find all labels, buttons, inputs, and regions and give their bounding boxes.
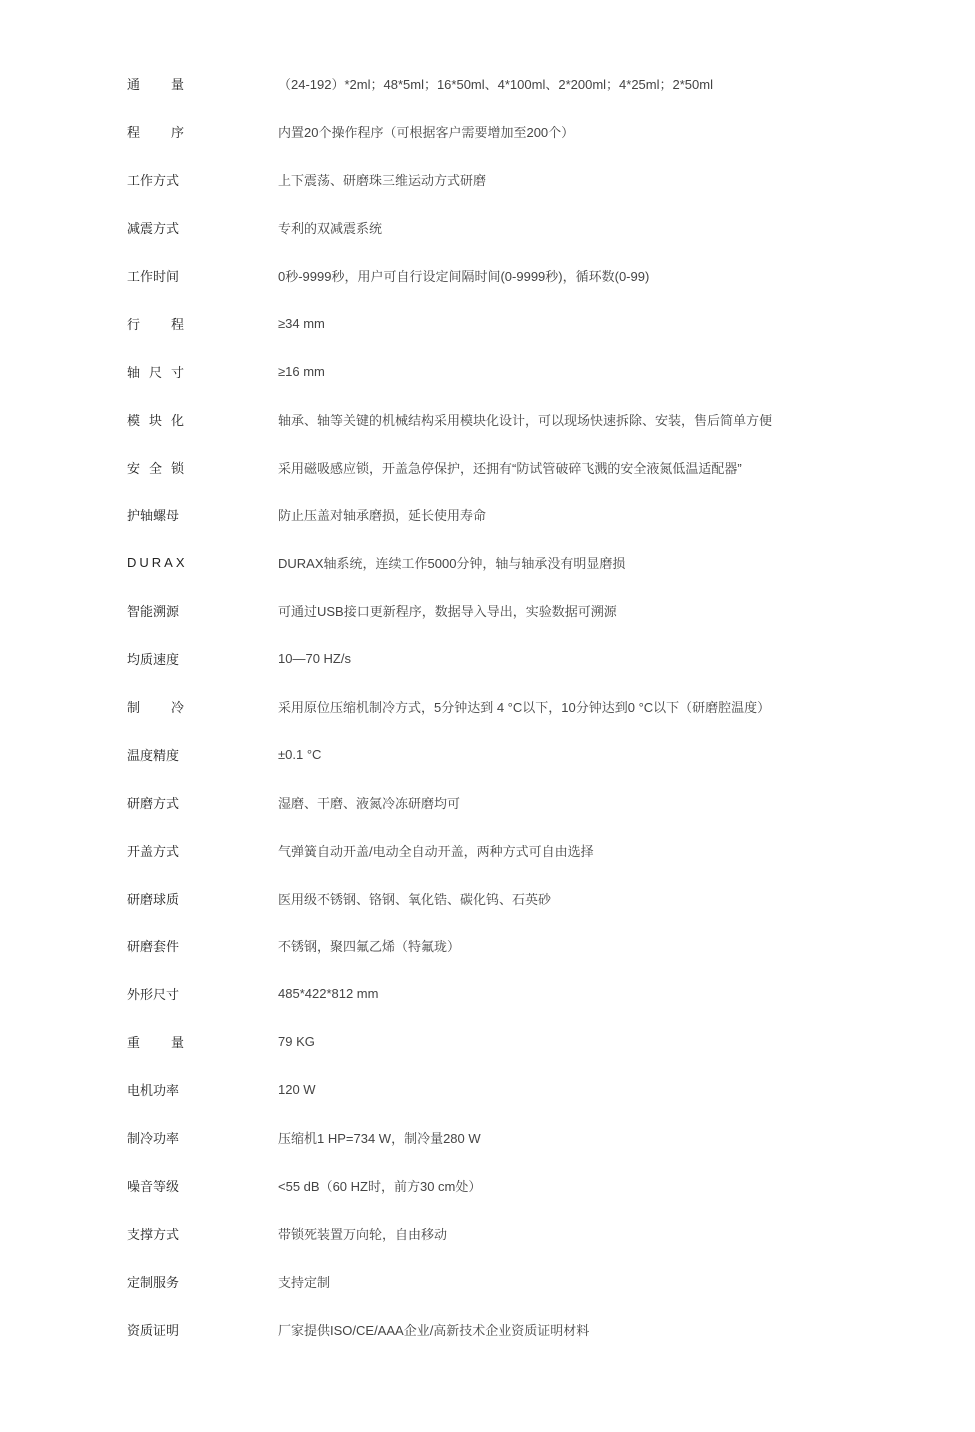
spec-label-part: 行 <box>127 314 140 333</box>
spec-row: 安全锁采用磁吸感应锁，开盖急停保护，还拥有“防试管破碎飞溅的安全液氮低温适配器” <box>127 443 847 491</box>
spec-row: 外形尺寸485*422*812 mm <box>127 970 847 1018</box>
spec-label-part: 程 <box>171 314 184 333</box>
spec-label: 研磨套件 <box>127 936 278 955</box>
spec-label: 行程 <box>127 314 278 333</box>
spec-value: 带锁死装置万向轮，自由移动 <box>278 1224 447 1243</box>
spec-label-part: 全 <box>149 458 162 477</box>
spec-label-part: 锁 <box>171 458 184 477</box>
spec-row: 研磨球质医用级不锈钢、铬钢、氧化锆、碳化钨、石英砂 <box>127 874 847 922</box>
spec-value: 120 W <box>278 1082 316 1097</box>
spec-label: 轴尺寸 <box>127 362 278 381</box>
spec-label-part: 制 <box>127 697 140 716</box>
spec-row: 工作方式上下震荡、研磨珠三维运动方式研磨 <box>127 156 847 204</box>
spec-label: 电机功率 <box>127 1080 278 1099</box>
spec-value: ±0.1 °C <box>278 747 321 762</box>
spec-label-part: 量 <box>171 1032 184 1051</box>
spec-label: DURAX <box>127 555 278 570</box>
spec-label: 通量 <box>127 74 278 93</box>
spec-row: 模块化轴承、轴等关键的机械结构采用模块化设计，可以现场快速拆除、安装，售后简单方… <box>127 395 847 443</box>
spec-label: 护轴螺母 <box>127 505 278 524</box>
spec-value: 支持定制 <box>278 1272 330 1291</box>
spec-label: 制冷功率 <box>127 1128 278 1147</box>
spec-label: 减震方式 <box>127 218 278 237</box>
spec-label-part: 模 <box>127 410 140 429</box>
spec-value: ≥34 mm <box>278 316 325 331</box>
spec-label-part: 程 <box>127 122 140 141</box>
spec-label: 工作时间 <box>127 266 278 285</box>
spec-row: 支撑方式带锁死装置万向轮，自由移动 <box>127 1209 847 1257</box>
spec-row: 行程≥34 mm <box>127 299 847 347</box>
spec-value: 可通过USB接口更新程序，数据导入导出，实验数据可溯源 <box>278 601 617 620</box>
spec-row: 研磨方式湿磨、干磨、液氮冷冻研磨均可 <box>127 778 847 826</box>
spec-value: 10—70 HZ/s <box>278 651 351 666</box>
spec-label: 研磨球质 <box>127 889 278 908</box>
spec-value: 采用原位压缩机制冷方式，5分钟达到 4 °C以下，10分钟达到0 °C以下（研磨… <box>278 697 770 716</box>
spec-row: 护轴螺母防止压盖对轴承磨损，延长使用寿命 <box>127 491 847 539</box>
spec-value: ≥16 mm <box>278 364 325 379</box>
spec-row: 研磨套件不锈钢，聚四氟乙烯（特氟珑） <box>127 922 847 970</box>
spec-label: 研磨方式 <box>127 793 278 812</box>
spec-label-part: 块 <box>149 410 162 429</box>
spec-value: （24-192）*2ml；48*5ml；16*50ml、4*100ml、2*20… <box>278 74 713 93</box>
spec-value: 485*422*812 mm <box>278 986 378 1001</box>
spec-row: 开盖方式气弹簧自动开盖/电动全自动开盖，两种方式可自由选择 <box>127 826 847 874</box>
spec-label: 安全锁 <box>127 458 278 477</box>
spec-label-part: 通 <box>127 74 140 93</box>
spec-row: 智能溯源可通过USB接口更新程序，数据导入导出，实验数据可溯源 <box>127 587 847 635</box>
spec-label: 开盖方式 <box>127 841 278 860</box>
spec-row: 噪音等级<55 dB（60 HZ时，前方30 cm处） <box>127 1161 847 1209</box>
spec-label: 资质证明 <box>127 1320 278 1339</box>
spec-row: 减震方式专利的双减震系统 <box>127 204 847 252</box>
spec-value: 医用级不锈钢、铬钢、氧化锆、碳化钨、石英砂 <box>278 889 551 908</box>
spec-row: 电机功率120 W <box>127 1066 847 1114</box>
spec-value: 采用磁吸感应锁，开盖急停保护，还拥有“防试管破碎飞溅的安全液氮低温适配器” <box>278 458 742 477</box>
spec-label: 工作方式 <box>127 170 278 189</box>
spec-value: <55 dB（60 HZ时，前方30 cm处） <box>278 1176 481 1195</box>
spec-label: 外形尺寸 <box>127 984 278 1003</box>
spec-row: 均质速度10—70 HZ/s <box>127 635 847 683</box>
spec-row: 工作时间0秒-9999秒，用户可自行设定间隔时间(0-9999秒)，循环数(0-… <box>127 252 847 300</box>
spec-label-part: 轴 <box>127 362 140 381</box>
spec-value: 防止压盖对轴承磨损，延长使用寿命 <box>278 505 486 524</box>
spec-label-part: 量 <box>171 74 184 93</box>
spec-label-part: 尺 <box>149 362 162 381</box>
spec-value: 不锈钢，聚四氟乙烯（特氟珑） <box>278 936 460 955</box>
spec-row: 资质证明厂家提供ISO/CE/AAA企业/高新技术企业资质证明材料 <box>127 1305 847 1353</box>
spec-value: DURAX轴系统，连续工作5000分钟，轴与轴承没有明显磨损 <box>278 553 625 572</box>
spec-row: DURAXDURAX轴系统，连续工作5000分钟，轴与轴承没有明显磨损 <box>127 539 847 587</box>
spec-value: 轴承、轴等关键的机械结构采用模块化设计，可以现场快速拆除、安装，售后简单方便 <box>278 410 772 429</box>
spec-value: 湿磨、干磨、液氮冷冻研磨均可 <box>278 793 460 812</box>
spec-row: 制冷功率压缩机1 HP=734 W，制冷量280 W <box>127 1114 847 1162</box>
spec-value: 厂家提供ISO/CE/AAA企业/高新技术企业资质证明材料 <box>278 1320 589 1339</box>
spec-label: 均质速度 <box>127 649 278 668</box>
spec-value: 专利的双减震系统 <box>278 218 382 237</box>
spec-label: 制冷 <box>127 697 278 716</box>
spec-label: 模块化 <box>127 410 278 429</box>
spec-value: 0秒-9999秒，用户可自行设定间隔时间(0-9999秒)，循环数(0-99) <box>278 266 649 285</box>
spec-row: 定制服务支持定制 <box>127 1257 847 1305</box>
spec-label-part: 化 <box>171 410 184 429</box>
spec-label: 智能溯源 <box>127 601 278 620</box>
spec-label-part: 重 <box>127 1032 140 1051</box>
spec-label: 定制服务 <box>127 1272 278 1291</box>
spec-label-part: 寸 <box>171 362 184 381</box>
spec-label-part: 冷 <box>171 697 184 716</box>
spec-label: 程序 <box>127 122 278 141</box>
spec-label-part: 序 <box>171 122 184 141</box>
spec-row: 轴尺寸≥16 mm <box>127 347 847 395</box>
spec-table: 通量（24-192）*2ml；48*5ml；16*50ml、4*100ml、2*… <box>127 60 847 1353</box>
spec-value: 内置20个操作程序（可根据客户需要增加至200个） <box>278 122 574 141</box>
spec-label-part: 安 <box>127 458 140 477</box>
spec-value: 上下震荡、研磨珠三维运动方式研磨 <box>278 170 486 189</box>
spec-row: 温度精度±0.1 °C <box>127 730 847 778</box>
spec-row: 重量79 KG <box>127 1018 847 1066</box>
spec-value: 79 KG <box>278 1034 315 1049</box>
spec-value: 压缩机1 HP=734 W，制冷量280 W <box>278 1128 481 1147</box>
spec-row: 制冷采用原位压缩机制冷方式，5分钟达到 4 °C以下，10分钟达到0 °C以下（… <box>127 683 847 731</box>
spec-value: 气弹簧自动开盖/电动全自动开盖，两种方式可自由选择 <box>278 841 594 860</box>
spec-label: 温度精度 <box>127 745 278 764</box>
spec-label: 支撑方式 <box>127 1224 278 1243</box>
spec-label: 噪音等级 <box>127 1176 278 1195</box>
spec-label: 重量 <box>127 1032 278 1051</box>
spec-row: 通量（24-192）*2ml；48*5ml；16*50ml、4*100ml、2*… <box>127 60 847 108</box>
spec-row: 程序内置20个操作程序（可根据客户需要增加至200个） <box>127 108 847 156</box>
